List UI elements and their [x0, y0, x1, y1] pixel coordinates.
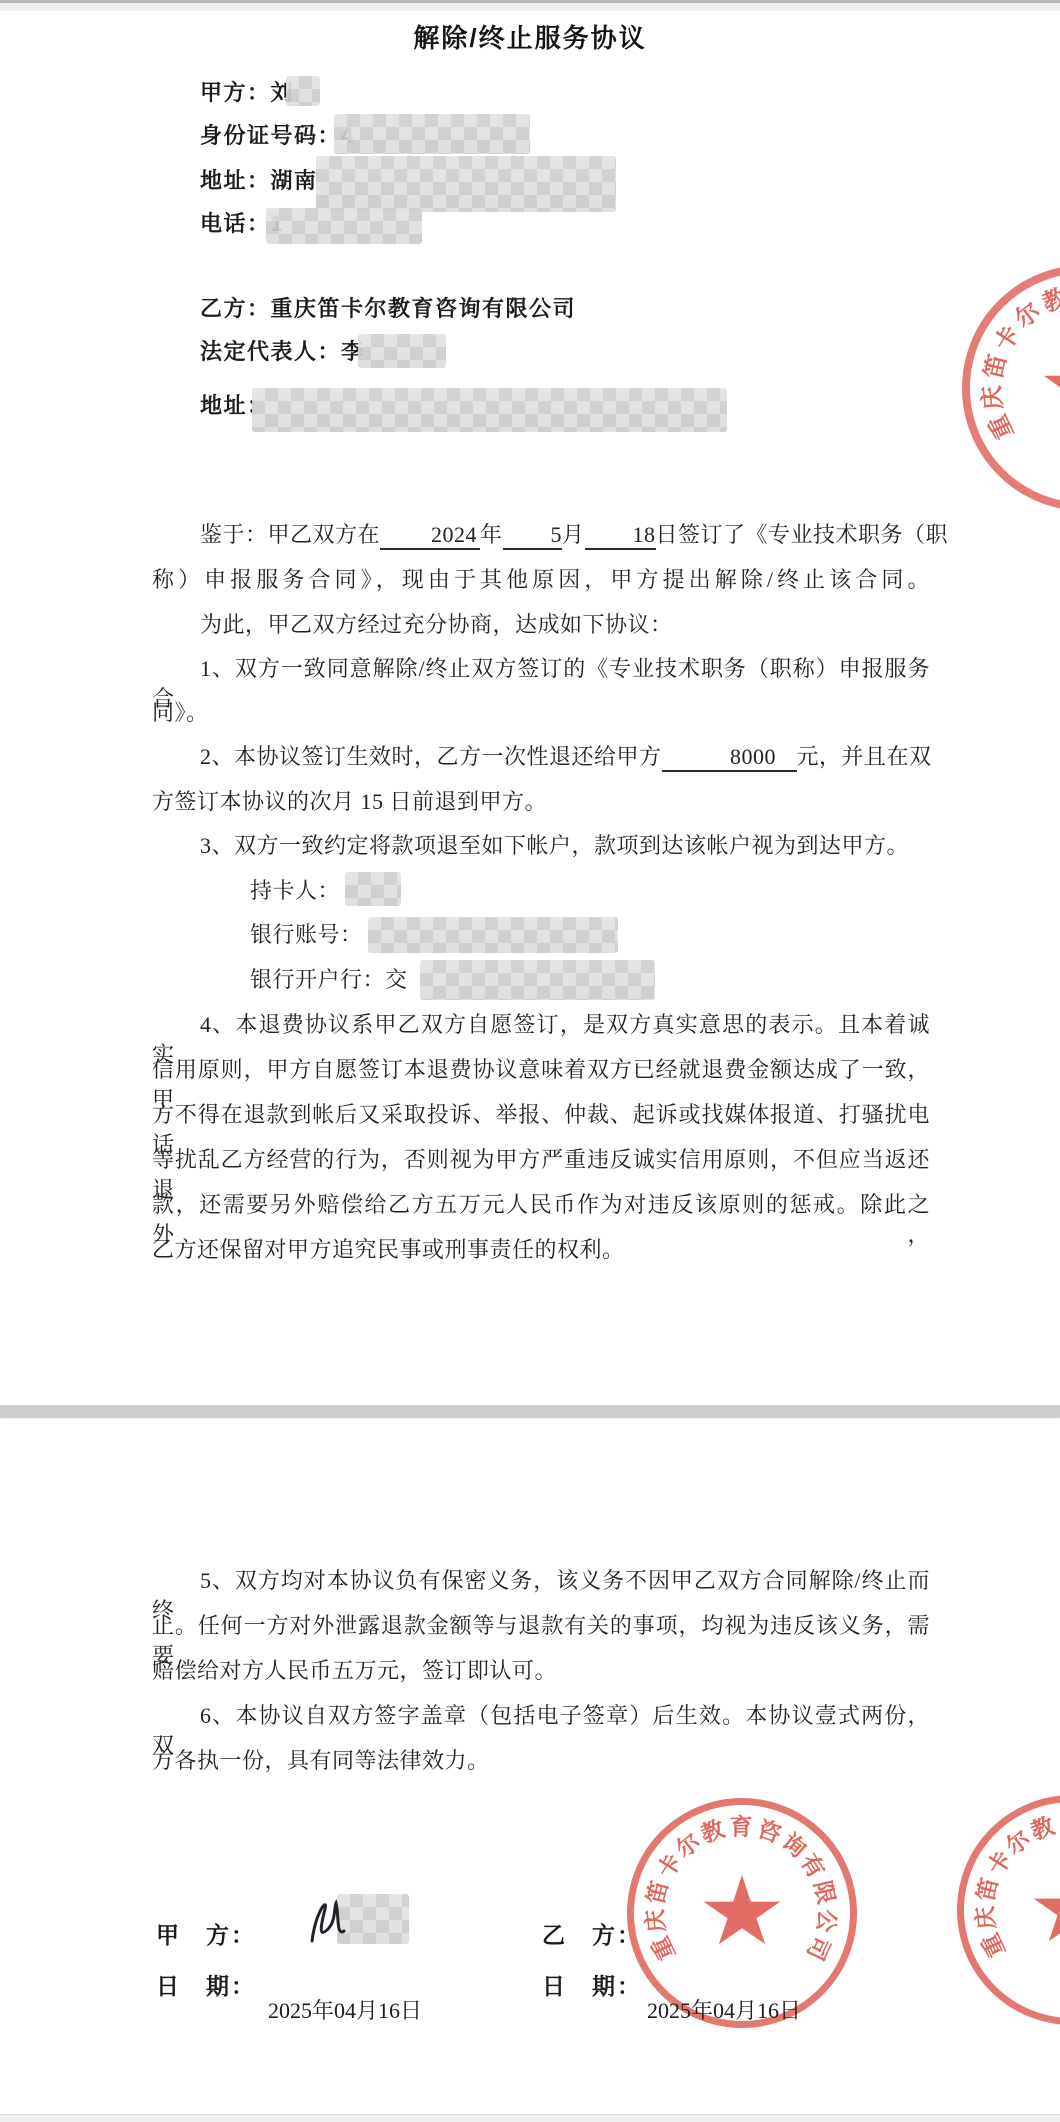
company-seal-page1: 重庆笛卡尔教育咨询有限公司 — [962, 265, 1060, 511]
party-a-signature-label: 甲 方： — [156, 1920, 256, 1950]
recital-line-3: 为此，甲乙双方经过充分协商，达成如下协议： — [152, 610, 930, 640]
recital-pre: 鉴于：甲乙双方在 — [200, 522, 380, 547]
party-a-address-label: 地址： — [200, 168, 271, 193]
party-b-rep-label: 法定代表人： — [200, 339, 341, 364]
redaction-bank-holder — [345, 872, 401, 906]
signed-day-blank: 18 — [585, 522, 656, 550]
party-b-name-row: 乙方：重庆笛卡尔教育咨询有限公司 — [200, 294, 576, 324]
seal-company-char: 庆 — [967, 1905, 1002, 1931]
seal-company-char: 笛 — [973, 350, 1013, 381]
signed-year-blank: 2024 — [380, 522, 480, 550]
seal-company-char: 庆 — [637, 1908, 672, 1934]
page-separator — [0, 1405, 1060, 1418]
seal-star-icon — [1032, 1872, 1060, 1948]
party-a-id-label: 身份证号码： — [200, 123, 341, 148]
redaction-party-b-rep — [358, 334, 446, 368]
clause-2-line-1: 2、本协议签订生效时，乙方一次性退还给甲方8000元，并且在双 — [152, 742, 930, 772]
seal-company-char: 重 — [642, 1931, 682, 1966]
seal-company-char: 限 — [807, 1877, 844, 1907]
company-seal-edge: 重庆笛卡尔教育咨询有限公司 — [957, 1795, 1060, 2025]
recital-line-2: 称）申报服务合同》，现由于其他原因，甲方提出解除/终止该合同。 — [152, 565, 930, 595]
party-b-date-value: 2025年04月16日 — [647, 1997, 801, 2025]
bank-holder-label: 持卡人： — [250, 878, 340, 903]
seal-company-char: 司 — [800, 1931, 840, 1966]
seal-company-char: 重 — [972, 1928, 1012, 1963]
refund-amount-blank: 8000 — [662, 744, 797, 772]
clause-2-line-2: 方签订本协议的次月 15 日前退到甲方。 — [152, 787, 930, 817]
party-a-date-value: 2025年04月16日 — [268, 1997, 422, 2025]
company-seal-party-b: 重庆笛卡尔教育咨询有限公司 — [627, 1798, 857, 2028]
party-b-date-label: 日 期： — [542, 1971, 642, 2001]
party-a-handwritten-signature — [298, 1891, 358, 1955]
party-b-rep-row: 法定代表人：李 — [200, 337, 365, 367]
scan-bottom-bar — [0, 2114, 1060, 2122]
seal-company-char: 笛 — [638, 1877, 675, 1907]
clause-2-pre: 2、本协议签订生效时，乙方一次性退还给甲方 — [200, 744, 662, 769]
clause-1-line-2: 同》。 — [152, 698, 930, 728]
redaction-party-b-address — [252, 388, 727, 432]
redaction-party-a-id — [334, 114, 530, 154]
year-unit: 年 — [480, 522, 503, 547]
party-a-name-label: 甲方： — [200, 80, 271, 105]
bank-account-row: 银行账号： — [250, 920, 1028, 950]
seal-star-icon — [1042, 347, 1060, 429]
party-a-phone-label: 电话： — [200, 211, 271, 236]
clause-6-line-2: 方各执一份，具有同等法律效力。 — [152, 1746, 930, 1776]
scan-top-bar — [0, 0, 1060, 11]
redaction-bank-branch — [420, 960, 655, 1000]
clause-5-line-3: 赔偿给对方人民币五万元，签订即认可。 — [152, 1656, 930, 1686]
party-a-id-row: 身份证号码：4 — [200, 121, 355, 151]
month-unit: 月 — [562, 522, 585, 547]
bank-account-label: 银行账号： — [250, 922, 363, 947]
bank-branch-value: 交 — [385, 967, 408, 992]
party-a-address-value: 湖南 — [271, 168, 318, 193]
party-b-name-label: 乙方： — [200, 296, 271, 321]
redaction-bank-account — [368, 917, 618, 953]
party-a-address-row: 地址：湖南 — [200, 166, 318, 196]
bank-branch-label: 银行开户行： — [250, 967, 385, 992]
seal-company-char: 笛 — [968, 1874, 1005, 1904]
signed-month-blank: 5 — [503, 522, 563, 550]
contract-scan: 解除/终止服务协议 甲方：刘 身份证号码：4 地址：湖南 电话：1 乙方：重庆笛… — [0, 0, 1060, 2122]
party-b-name-value: 重庆笛卡尔教育咨询有限公司 — [271, 296, 577, 321]
seal-company-char: 育 — [730, 1809, 753, 1842]
clause-3-line: 3、双方一致约定将款项退至如下帐户，款项到达该帐户视为到达甲方。 — [152, 831, 930, 861]
clause-2-post: 元，并且在双 — [797, 744, 932, 769]
party-a-name-row: 甲方：刘 — [200, 78, 294, 108]
document-title: 解除/终止服务协议 — [0, 22, 1060, 54]
recital-line-1: 鉴于：甲乙双方在2024年5月18日签订了《专业技术职务（职 — [152, 520, 930, 550]
party-a-date-label: 日 期： — [156, 1971, 256, 2001]
seal-company-char: 公 — [810, 1908, 845, 1934]
recital-post: 日签订了《专业技术职务（职 — [656, 522, 949, 547]
redaction-party-a-name — [286, 76, 320, 106]
seal-star-icon — [702, 1875, 782, 1951]
seal-company-char: 重 — [978, 410, 1020, 447]
clause-4-line-6: 乙方还保留对甲方追究民事或刑事责任的权利。 — [152, 1235, 930, 1265]
redaction-party-a-phone — [266, 208, 422, 244]
redaction-party-a-address — [316, 156, 616, 212]
seal-company-char: 庆 — [972, 384, 1009, 411]
